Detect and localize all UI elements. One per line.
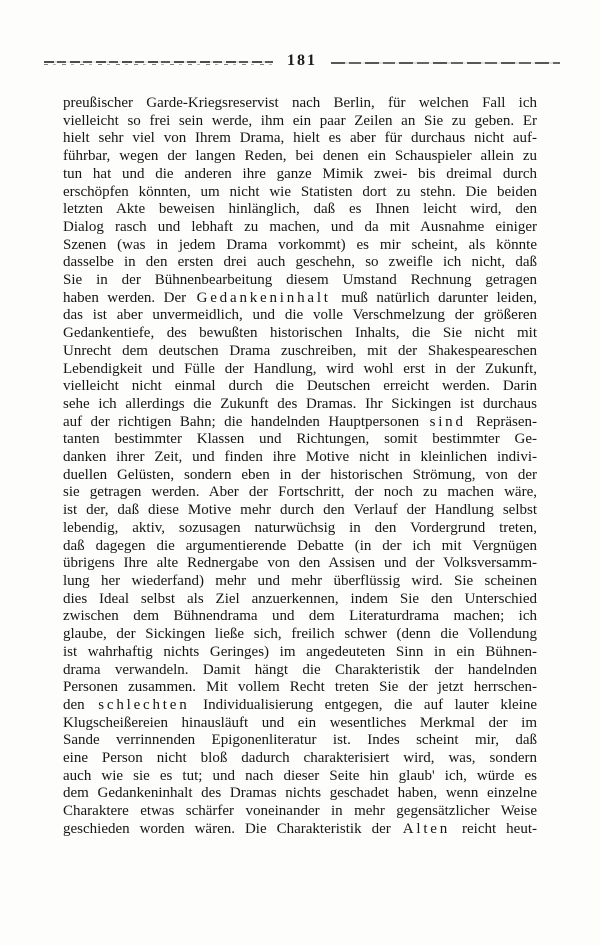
text-line: Dialog rasch und lebhaft zu machen, und … [63,219,537,237]
text-segment: den [63,697,96,713]
text-segment: Klugscheißereien hinausläuft und ein wes… [63,715,537,731]
body-text: preußischer Garde-Kriegsreservist nach B… [63,95,537,839]
text-segment: vielleicht so frei sein werde, ihm ein p… [63,113,537,129]
text-line: letzten Akte beweisen hinlänglich, daß e… [63,201,537,219]
text-line: duellen Gelüsten, sondern eben in der hi… [63,467,537,485]
text-line: übrigens Ihre alte Rednergabe von den As… [63,555,537,573]
text-segment: preußischer Garde-Kriegsreservist nach B… [63,95,537,111]
text-segment: Personen zusammen. Mit vollem Recht tret… [63,679,537,695]
text-line: glaube, der Sickingen ließe sich, freili… [63,626,537,644]
text-segment: muß natürlich darunter leiden, [333,290,537,306]
text-line: geschieden worden wären. Die Charakteris… [63,821,537,839]
text-segment: vielleicht nicht einmal durch die Deutsc… [63,378,537,394]
text-line: Szenen (was in jedem Drama vorkommt) es … [63,237,537,255]
text-segment: Lebendigkeit und Fülle der Handlung, wir… [63,361,537,377]
text-segment: ist der, daß diese Motive mehr durch den… [63,502,537,518]
text-line: Personen zusammen. Mit vollem Recht tret… [63,679,537,697]
text-line: hielt sehr viel von Ihrem Drama, hielt e… [63,130,537,148]
text-segment: führbar, wegen der langen Reden, bei den… [63,148,537,164]
text-line: dasselbe in den ersten drei auch gescheh… [63,254,537,272]
text-segment: Sie in der Bühnenbearbeitung diesem Umst… [63,272,537,288]
text-line: führbar, wegen der langen Reden, bei den… [63,148,537,166]
text-line: erschöpfen könnten, um nicht wie Statist… [63,184,537,202]
text-segment: eine Person nicht bloß dadurch charakter… [63,750,537,766]
text-segment: auch wie sie es tut; und nach dieser Sei… [63,768,537,784]
text-line: Lebendigkeit und Fülle der Handlung, wir… [63,361,537,379]
text-segment: reicht heut- [452,821,537,837]
text-line: ist wahrhaftig nichts Geringes) im anged… [63,644,537,662]
text-line: das ist aber unvermeidlich, und die voll… [63,307,537,325]
text-segment: duellen Gelüsten, sondern eben in der hi… [63,467,537,483]
text-line: Charaktere etwas schärfer voneinander in… [63,803,537,821]
text-line: vielleicht so frei sein werde, ihm ein p… [63,113,537,131]
text-line: daß dagegen die argumentierende Debatte … [63,538,537,556]
text-segment: Szenen (was in jedem Drama vorkommt) es … [63,237,537,253]
text-line: lung her wiederfand) mehr und mehr überf… [63,573,537,591]
text-line: Sande verrinnenden Epigonenliteratur ist… [63,732,537,750]
text-line: Unrecht dem deutschen Drama zuschreiben,… [63,343,537,361]
text-segment: Individualisierung entgegen, die auf lau… [192,697,537,713]
text-segment: erschöpfen könnten, um nicht wie Statist… [63,184,537,200]
text-segment: das ist aber unvermeidlich, und die voll… [63,307,537,323]
text-segment: Unrecht dem deutschen Drama zuschreiben,… [63,343,537,359]
text-segment: zwischen dem Bühnendrama und dem Literat… [63,608,537,624]
text-line: haben werden. Der Gedankeninhalt muß nat… [63,290,537,308]
text-segment: hielt sehr viel von Ihrem Drama, hielt e… [63,130,537,146]
text-line: auf der richtigen Bahn; die handelnden H… [63,414,537,432]
header-rule-right [331,60,560,65]
text-segment: tanten bestimmter Klassen und Richtungen… [63,431,537,447]
text-line: drama verwandeln. Damit hängt die Charak… [63,662,537,680]
text-segment: Dialog rasch und lebhaft zu machen, und … [63,219,537,235]
text-line: vielleicht nicht einmal durch die Deutsc… [63,378,537,396]
text-line: danken ihrer Zeit, und finden ihre Motiv… [63,449,537,467]
text-segment: glaube, der Sickingen ließe sich, freili… [63,626,537,642]
text-line: lebendig, aktiv, sozusagen naturwüchsig … [63,520,537,538]
text-segment: sehe ich allerdings die Zukunft des Dram… [63,396,537,412]
emphasized-word: Alten [401,821,452,837]
text-segment: lebendig, aktiv, sozusagen naturwüchsig … [63,520,537,536]
text-segment: dies Ideal selbst als Ziel anzuerkennen,… [63,591,537,607]
running-head: 181 [44,55,560,69]
text-line: tanten bestimmter Klassen und Richtungen… [63,431,537,449]
text-line: preußischer Garde-Kriegsreservist nach B… [63,95,537,113]
text-line: Gedankentiefe, des bewußten historischen… [63,325,537,343]
book-page: 181 preußischer Garde-Kriegsreservist na… [0,0,600,946]
emphasized-word: schlechten [96,697,191,713]
text-segment: danken ihrer Zeit, und finden ihre Motiv… [63,449,537,465]
text-segment: ist wahrhaftig nichts Geringes) im anged… [63,644,537,660]
text-line: sie getragen werden. Aber der Fortschrit… [63,484,537,502]
emphasized-word: Gedankeninhalt [195,290,333,306]
text-line: den schlechten Individualisierung entgeg… [63,697,537,715]
text-segment: lung her wiederfand) mehr und mehr überf… [63,573,537,589]
text-line: dem Gedankeninhalt des Dramas nichts ges… [63,785,537,803]
text-segment: daß dagegen die argumentierende Debatte … [63,538,537,554]
emphasized-word: sind [428,414,468,430]
text-segment: Gedankentiefe, des bewußten historischen… [63,325,537,341]
text-line: auch wie sie es tut; und nach dieser Sei… [63,768,537,786]
text-line: dies Ideal selbst als Ziel anzuerkennen,… [63,591,537,609]
text-segment: Charaktere etwas schärfer voneinander in… [63,803,537,819]
text-segment: letzten Akte beweisen hinlänglich, daß e… [63,201,537,217]
text-segment: drama verwandeln. Damit hängt die Charak… [63,662,537,678]
text-segment: sie getragen werden. Aber der Fortschrit… [63,484,537,500]
text-segment: dem Gedankeninhalt des Dramas nichts ges… [63,785,537,801]
text-segment: haben werden. Der [63,290,195,306]
text-segment: tun hat und die anderen ihre ganze Mimik… [63,166,537,182]
text-line: sehe ich allerdings die Zukunft des Dram… [63,396,537,414]
text-segment: übrigens Ihre alte Rednergabe von den As… [63,555,537,571]
text-line: ist der, daß diese Motive mehr durch den… [63,502,537,520]
text-line: Klugscheißereien hinausläuft und ein wes… [63,715,537,733]
text-segment: dasselbe in den ersten drei auch gescheh… [63,254,537,270]
text-line: tun hat und die anderen ihre ganze Mimik… [63,166,537,184]
text-segment: Repräsen- [468,414,537,430]
text-segment: geschieden worden wären. Die Charakteris… [63,821,401,837]
text-line: eine Person nicht bloß dadurch charakter… [63,750,537,768]
text-line: zwischen dem Bühnendrama und dem Literat… [63,608,537,626]
text-segment: Sande verrinnenden Epigonenliteratur ist… [63,732,537,748]
header-rule-left [44,60,273,65]
text-segment: auf der richtigen Bahn; die handelnden H… [63,414,428,430]
page-number: 181 [287,53,317,69]
text-line: Sie in der Bühnenbearbeitung diesem Umst… [63,272,537,290]
